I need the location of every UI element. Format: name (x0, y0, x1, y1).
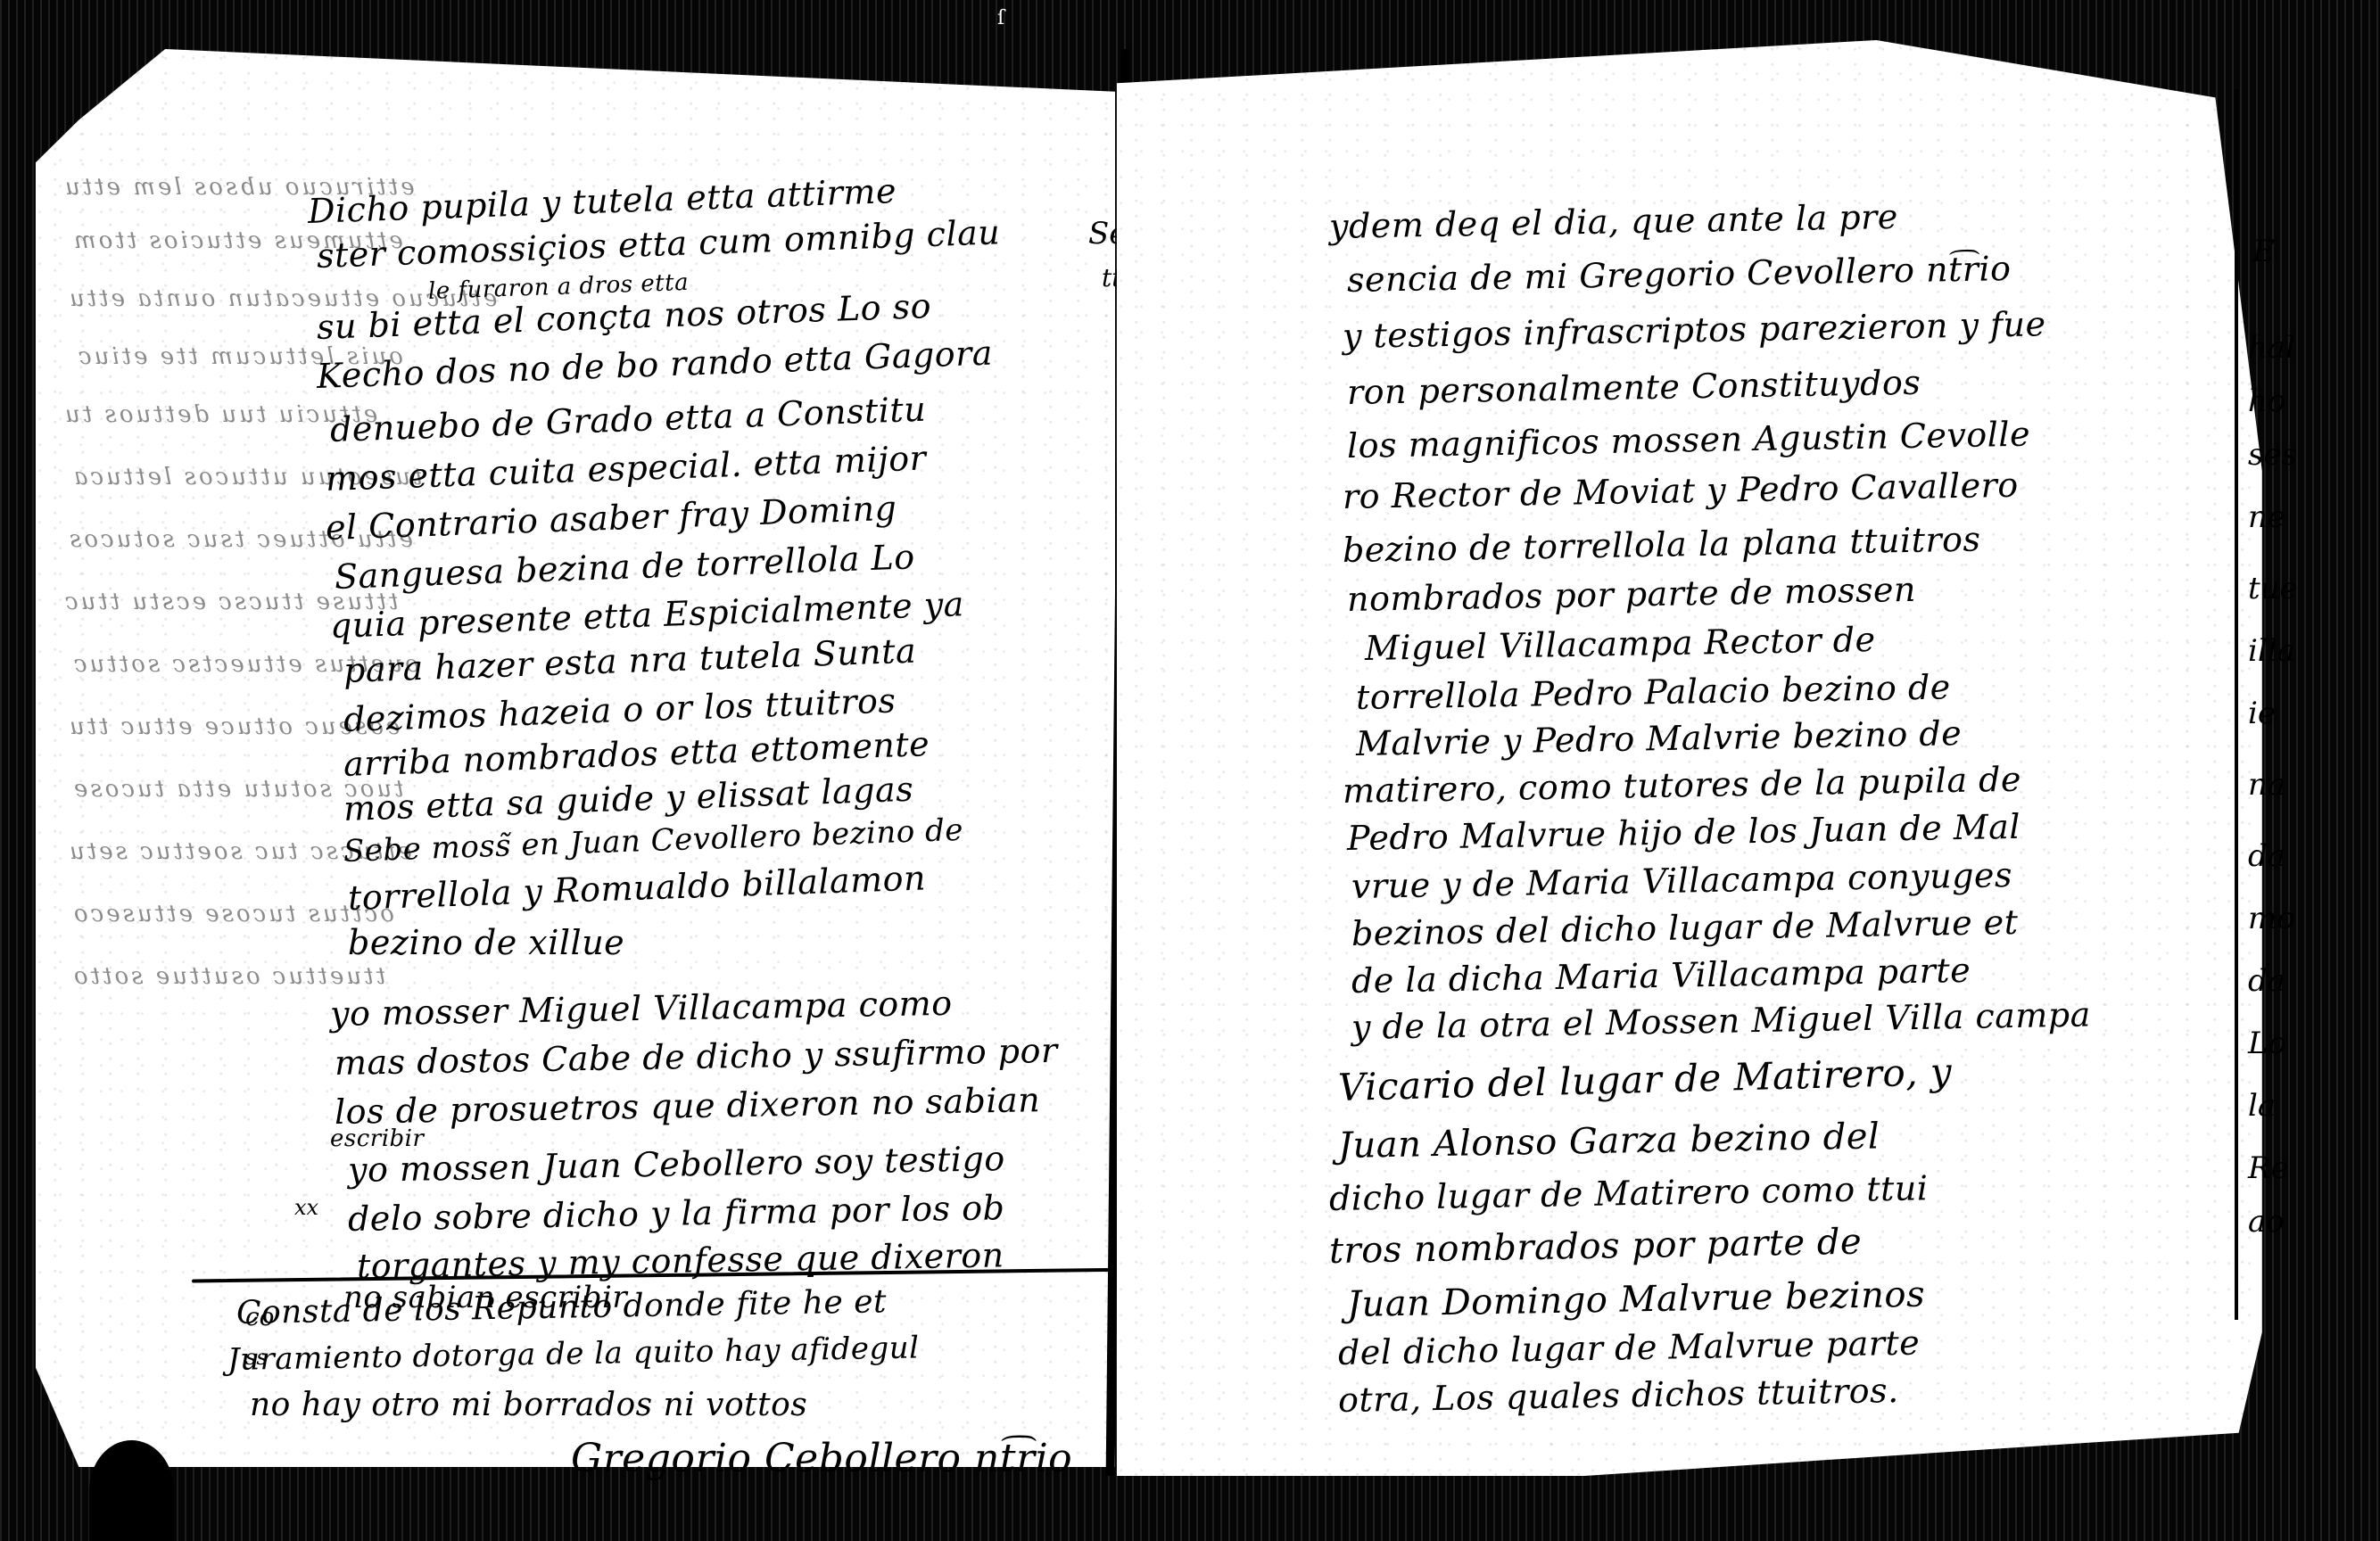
edge-fragment: ao (2248, 1204, 2285, 1240)
edge-fragment: tue (2248, 571, 2298, 606)
edge-fragment: da (2248, 838, 2285, 874)
notary-signature: Gregorio Cebollero nt͡rio (571, 1436, 1072, 1481)
manuscript-line: escribir (330, 1125, 424, 1152)
edge-fragment: ses (2248, 437, 2297, 473)
edge-fragment: Re (2248, 1150, 2289, 1186)
edge-fragment: mo (2248, 901, 2295, 936)
edge-fragment: Lo (2248, 1026, 2286, 1061)
edge-fragment: ie (2248, 696, 2276, 731)
edge-fragment: da (2248, 963, 2285, 999)
footer-line: no hay otro mi borrados ni vottos (250, 1387, 807, 1423)
edge-fragment: ne (2248, 499, 2285, 535)
edge-fragment: ho (2248, 383, 2285, 419)
thumb-shadow (89, 1440, 174, 1541)
margin-mark: ss (245, 1345, 268, 1370)
right-page-edge (2235, 89, 2238, 1320)
edge-fragment: na (2248, 767, 2285, 803)
edge-fragment: hal (2248, 330, 2295, 366)
margin-mark: co (245, 1302, 275, 1331)
manuscript-line: bezino de xillue (348, 923, 624, 962)
edge-fragment: illa (2248, 633, 2295, 669)
bleed-line: ttuettuc osuttue sotto (71, 963, 385, 990)
edge-fragment: E (2252, 234, 2275, 269)
bleed-line: octtus tucose ettuseco (71, 901, 394, 927)
margin-mark: xx (294, 1195, 318, 1220)
edge-fragment: la (2248, 1088, 2276, 1124)
top-center-mark: ſ (997, 7, 1015, 34)
